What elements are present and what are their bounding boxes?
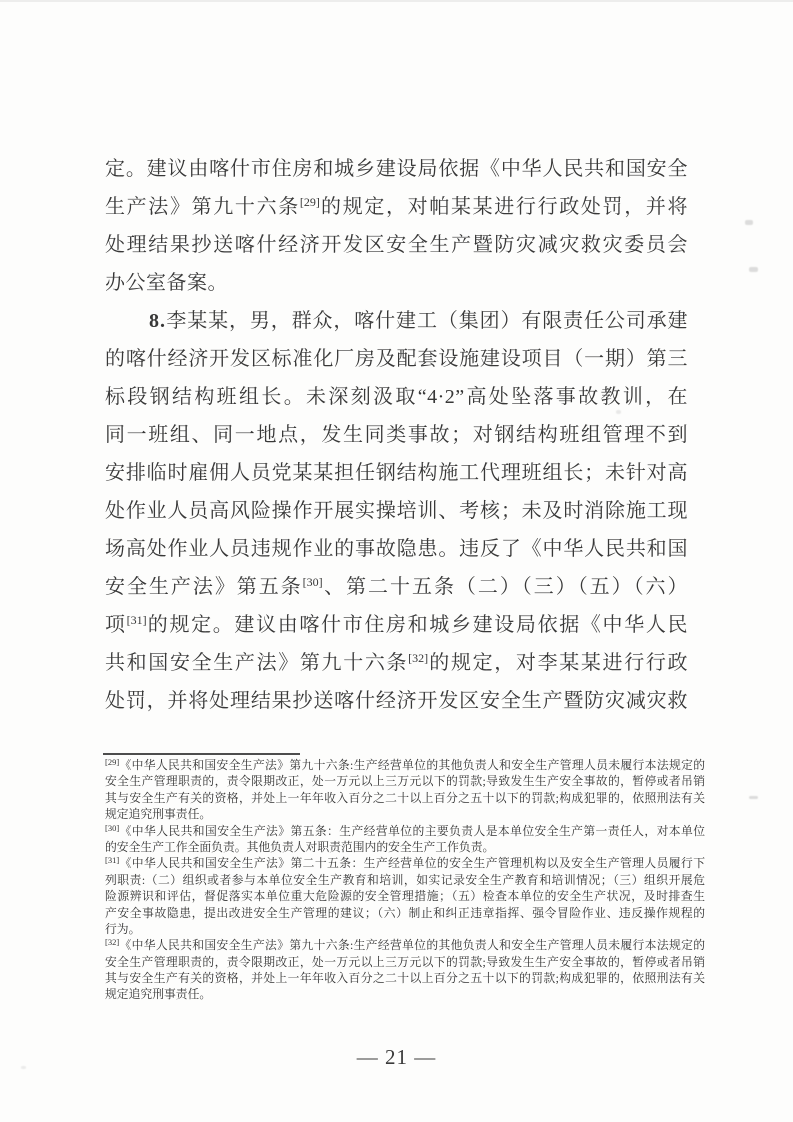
footnote-line: 行为。 <box>105 921 705 937</box>
footnote-line: [30]《中华人民共和国安全生产法》第五条：生产经营单位的主要负责人是本单位安全… <box>105 823 705 839</box>
footnote-line: 规定追究刑事责任。 <box>105 986 705 1002</box>
body-line: 的喀什经济开发区标准化厂房及配套设施建设项目（一期）第三 <box>105 340 688 378</box>
body-line: 8.李某某，男，群众，喀什建工（集团）有限责任公司承建 <box>105 302 688 340</box>
footnote-divider <box>103 753 300 755</box>
footnote-line: [31]《中华人民共和国安全生产法》第二十五条：生产经营单位的安全生产管理机构以… <box>105 855 705 871</box>
body-line: 处作业人员高风险操作开展实操培训、考核；未及时消除施工现 <box>105 492 688 530</box>
footnote-line: [29]《中华人民共和国安全生产法》第九十六条:生产经营单位的其他负责人和安全生… <box>105 757 705 773</box>
body-line: 生产法》第九十六条[29]的规定，对帕某某进行行政处罚，并将 <box>105 188 688 226</box>
document-page: 定。建议由喀什市住房和城乡建设局依据《中华人民共和国安全生产法》第九十六条[29… <box>0 0 793 1122</box>
body-line: 安排临时雇佣人员党某某担任钢结构施工代理班组长；未针对高 <box>105 454 688 492</box>
scan-smudge <box>749 267 758 272</box>
body-line: 同一班组、同一地点，发生同类事故；对钢结构班组管理不到位， <box>105 416 688 454</box>
body-line: 项[31]的规定。建议由喀什市住房和城乡建设局依据《中华人民 <box>105 606 688 644</box>
scan-edge-artifact <box>0 0 793 2</box>
body-line: 共和国安全生产法》第九十六条[32]的规定，对李某某进行行政 <box>105 644 688 682</box>
scan-smudge <box>21 1066 26 1069</box>
footnote-line: 产安全事故隐患，提出改进安全生产管理的建议；（六）制止和纠正违章指挥、强令冒险作… <box>105 905 705 921</box>
body-line: 安全生产法》第五条[30]、第二十五条（二）（三）（五）（六） <box>105 568 688 606</box>
footnote-line: 安全生产管理职责的，责令限期改正，处一万元以上三万元以下的罚款;导致发生生产安全… <box>105 954 705 970</box>
footnote-line: [32]《中华人民共和国安全生产法》第九十六条:生产经营单位的其他负责人和安全生… <box>105 937 705 953</box>
body-line: 场高处作业人员违规作业的事故隐患。违反了《中华人民共和国 <box>105 530 688 568</box>
footnote-line: 安全生产管理职责的，责令限期改正，处一万元以上三万元以下的罚款;导致发生生产安全… <box>105 773 705 789</box>
body-line: 标段钢结构班组长。未深刻汲取“4·2”高处坠落事故教训，在 <box>105 378 688 416</box>
body-text-block: 定。建议由喀什市住房和城乡建设局依据《中华人民共和国安全生产法》第九十六条[29… <box>105 150 688 720</box>
body-line: 定。建议由喀什市住房和城乡建设局依据《中华人民共和国安全 <box>105 150 688 188</box>
footnote-line: 其与安全生产有关的资格，并处上一年年收入百分之二十以上百分之五十以下的罚款;构成… <box>105 970 705 986</box>
scan-smudge <box>749 796 758 799</box>
footnote-line: 的安全生产工作全面负责。其他负责人对职责范围内的安全生产工作负责。 <box>105 839 705 855</box>
body-line: 处罚，并将处理结果抄送喀什经济开发区安全生产暨防灾减灾救 <box>105 682 688 720</box>
scan-smudge <box>745 220 753 225</box>
scan-smudge <box>616 410 621 414</box>
body-line: 办公室备案。 <box>105 264 688 302</box>
footnote-line: 规定追究刑事责任。 <box>105 806 705 822</box>
body-line: 处理结果抄送喀什经济开发区安全生产暨防灾减灾救灾委员会 <box>105 226 688 264</box>
footnote-line: 其与安全生产有关的资格，并处上一年年收入百分之二十以上百分之五十以下的罚款;构成… <box>105 790 705 806</box>
footnote-line: 险源辨识和评估，督促落实本单位重大危险源的安全管理措施；（五）检查本单位的安全生… <box>105 888 705 904</box>
footnote-line: 列职责:（二）组织或者参与本单位安全生产教育和培训，如实记录安全生产教育和培训情… <box>105 872 705 888</box>
footnotes-block: [29]《中华人民共和国安全生产法》第九十六条:生产经营单位的其他负责人和安全生… <box>105 757 705 1003</box>
page-number: — 21 — <box>0 1044 793 1070</box>
